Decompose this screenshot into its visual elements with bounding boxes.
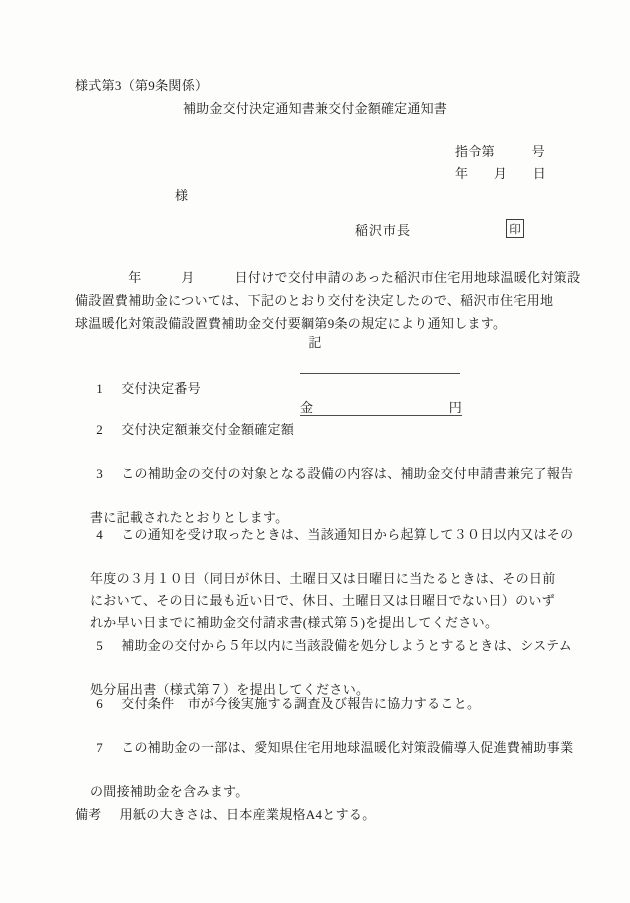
date-line: 年 月 日 <box>455 163 546 185</box>
seal-character: 印 <box>509 221 521 237</box>
date-year-label: 年 <box>455 163 468 185</box>
item-text: 交付決定番号 <box>121 381 201 396</box>
item-number: 4 <box>96 524 121 546</box>
remarks-label: 備考 <box>75 804 102 826</box>
amount-blank-field: 金 円 <box>300 397 462 416</box>
remarks-text: 用紙の大きさは、日本産業規格A4とする。 <box>120 804 376 826</box>
amount-suffix: 円 <box>449 397 462 415</box>
directive-prefix: 指令第 <box>455 141 495 163</box>
directive-suffix: 号 <box>532 141 545 163</box>
item-text: において、その日に最も近い日で、休日、土曜日又は日曜日でない日）のいず <box>90 590 560 612</box>
item-text: 交付条件 市が今後実施する調査及び報告に協力すること。 <box>121 696 480 711</box>
directive-number-line: 指令第 号 <box>455 141 545 163</box>
item-text: 補助金の交付から５年以内に当該設備を処分しようとするときは、システム <box>121 638 572 653</box>
amount-prefix: 金 <box>300 397 313 415</box>
item-text: この通知を受け取ったときは、当該通知日から起算して３０日以内又はその <box>121 527 573 542</box>
item-text: 年度の３月１０日（同日が休日、土曜日又は日曜日に当たるときは、その日前 <box>90 568 560 590</box>
addressee-honorific: 様 <box>175 185 188 207</box>
item-number: 7 <box>96 737 121 759</box>
date-month-label: 月 <box>494 163 507 185</box>
record-marker: 記 <box>0 332 630 354</box>
body-paragraph: 年 月 日付けで交付申請のあった稲沢市住宅用地球温暖化対策設 備設置費補助金につ… <box>75 266 559 335</box>
document-title: 補助金交付決定通知書兼交付金額確定通知書 <box>0 98 630 120</box>
issuer-name: 稲沢市長 <box>355 220 411 242</box>
form-label: 様式第3（第9条関係） <box>75 75 208 97</box>
item-7-indirect-subsidy: 7この補助金の一部は、愛知県住宅用地球温暖化対策設備導入促進費補助事業 の間接補… <box>82 715 560 803</box>
item-text: の間接補助金を含みます。 <box>90 781 560 803</box>
date-day-label: 日 <box>533 163 546 185</box>
item-text: この補助金の交付の対象となる設備の内容は、補助金交付申請書兼完了報告 <box>121 466 573 481</box>
decision-number-blank-field <box>300 373 460 374</box>
item-number: 2 <box>96 419 121 441</box>
item-text: 交付決定額兼交付金額確定額 <box>121 422 294 437</box>
item-number: 5 <box>96 635 121 657</box>
item-number: 3 <box>96 463 121 485</box>
item-text: この補助金の一部は、愛知県住宅用地球温暖化対策設備導入促進費補助事業 <box>121 740 573 755</box>
seal-stamp: 印 <box>506 219 524 238</box>
item-number: 6 <box>96 693 121 715</box>
paragraph-line: 備設置費補助金については、下記のとおり交付を決定したので、稲沢市住宅用地 <box>75 289 559 312</box>
paragraph-line: 年 月 日付けで交付申請のあった稲沢市住宅用地球温暖化対策設 <box>75 266 559 289</box>
document-page: { "page": { "background": "#fdfdfc", "te… <box>0 0 630 903</box>
remarks-row: 備考 用紙の大きさは、日本産業規格A4とする。 <box>75 804 376 826</box>
